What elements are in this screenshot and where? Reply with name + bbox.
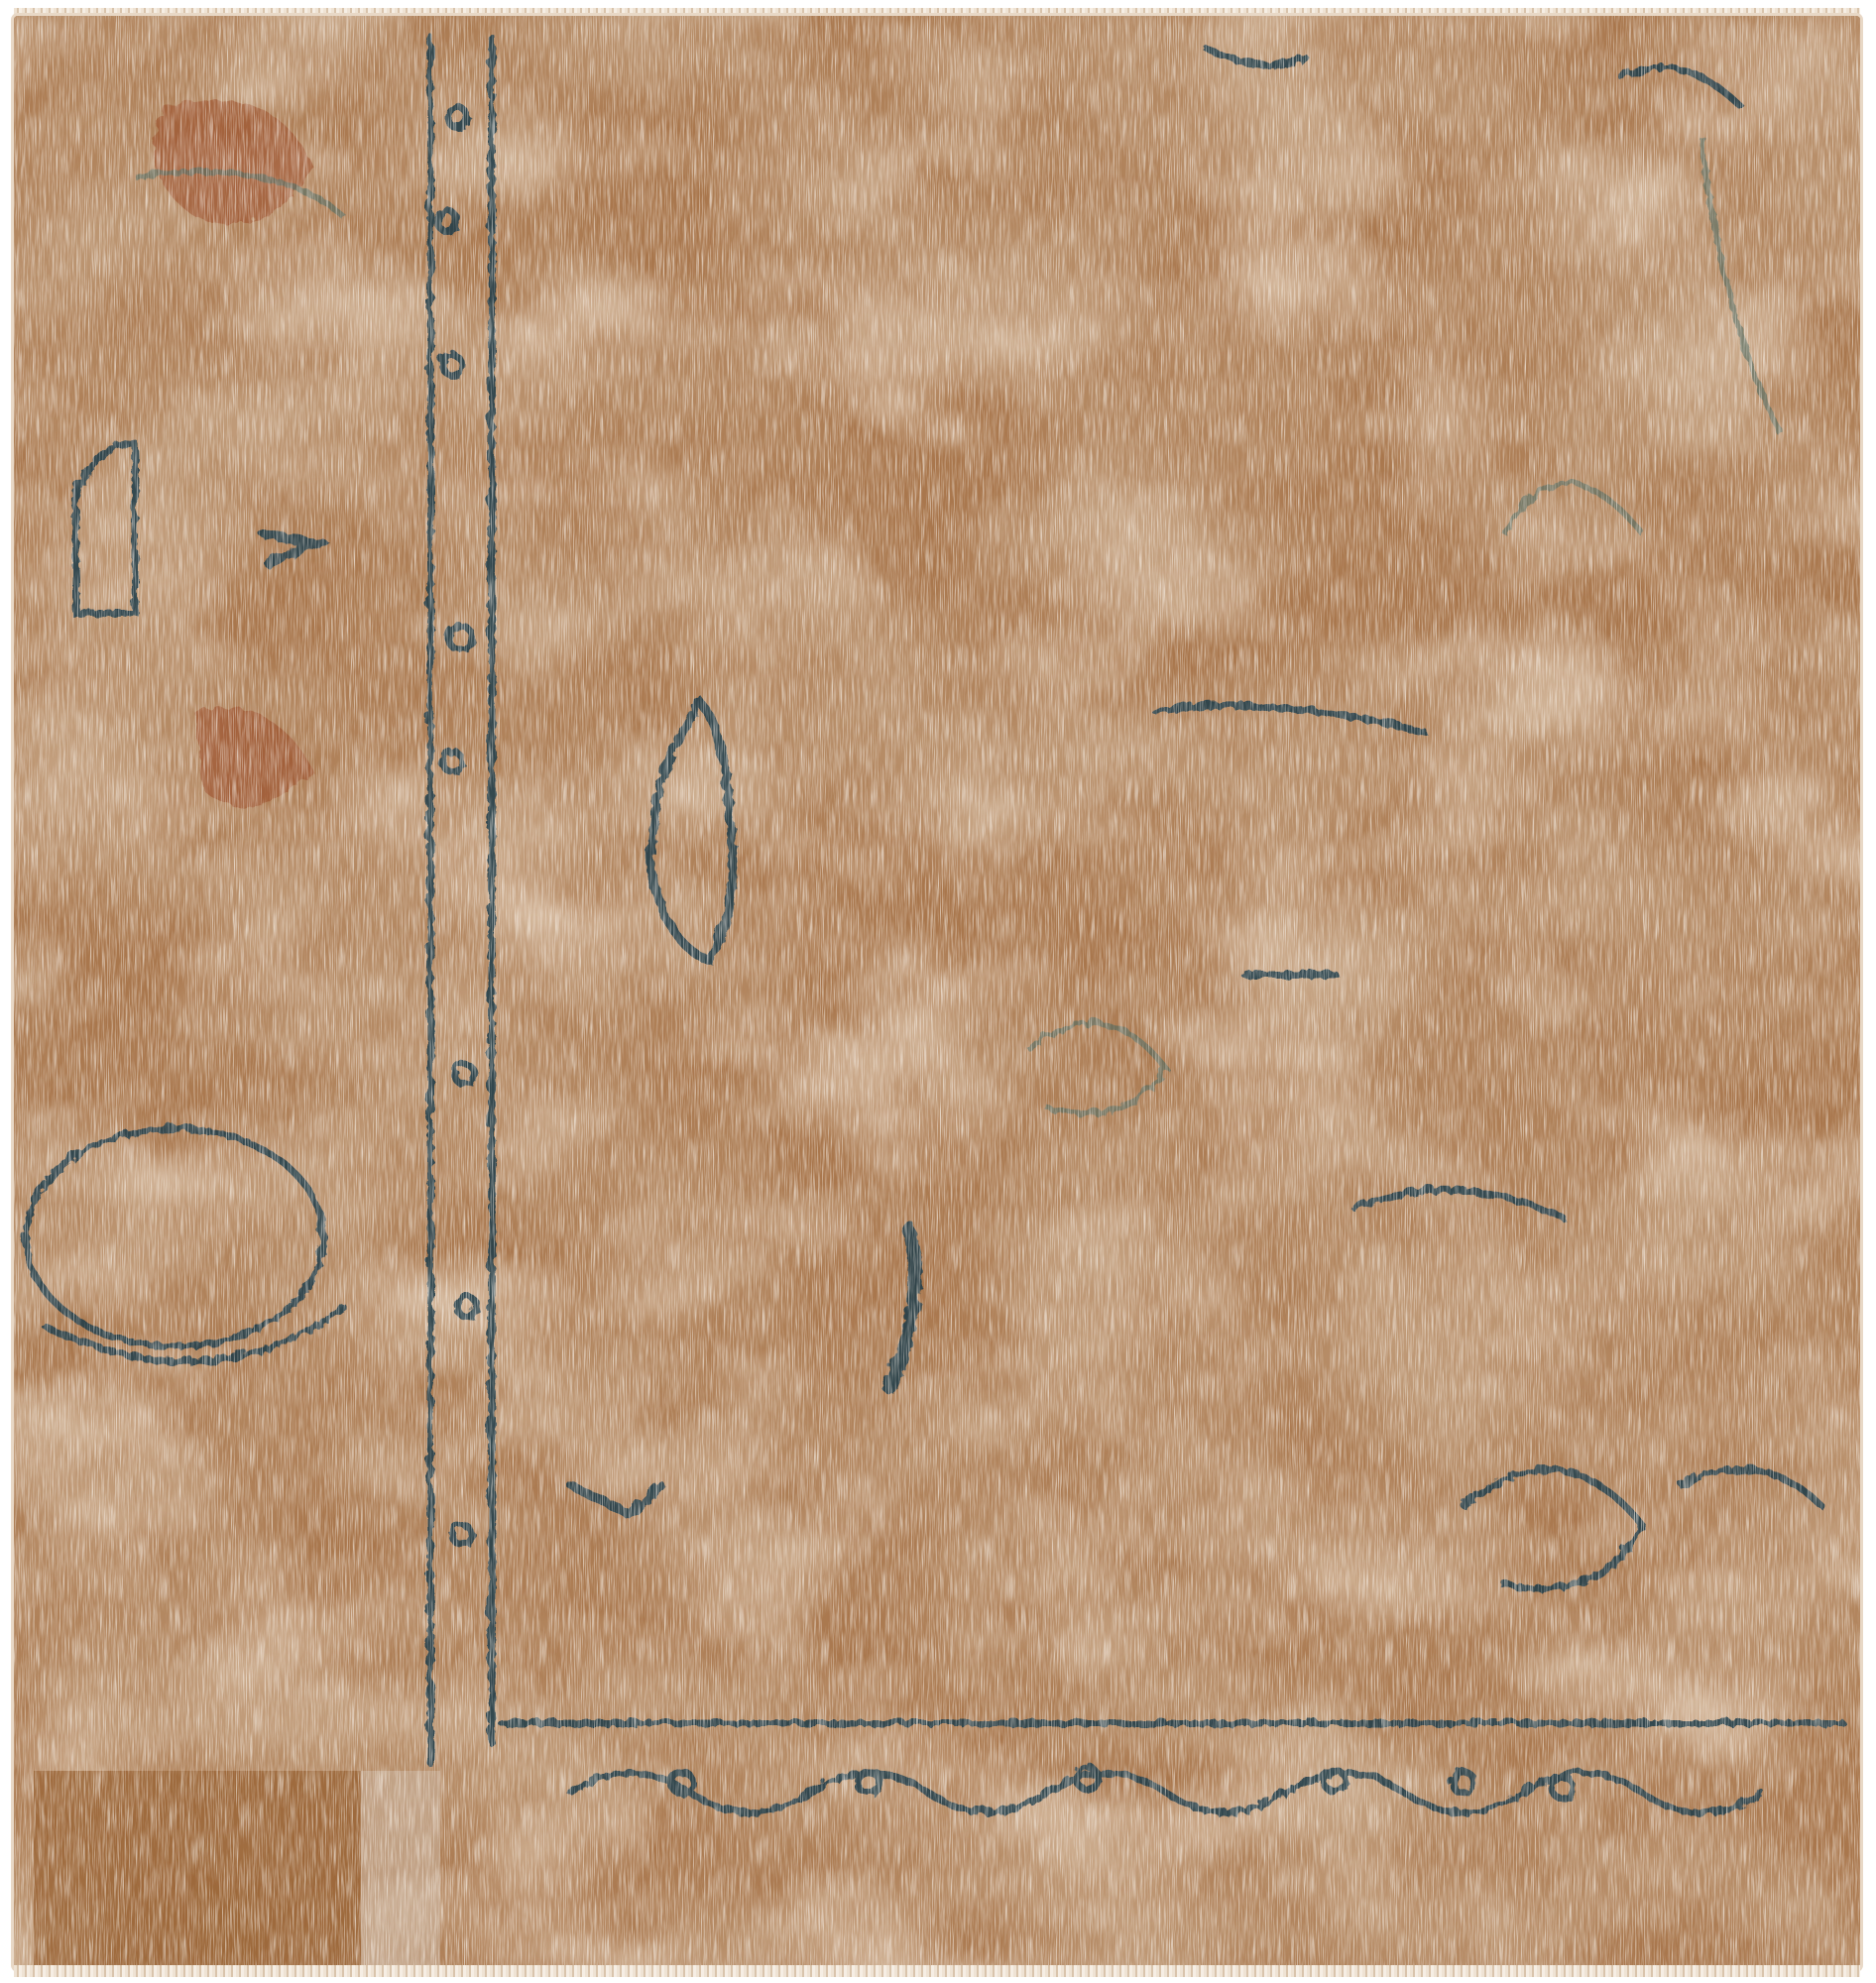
rug-bottom-fringe — [14, 1965, 1860, 1977]
rug-photo — [14, 16, 1860, 1969]
rug-texture — [14, 16, 1860, 1969]
